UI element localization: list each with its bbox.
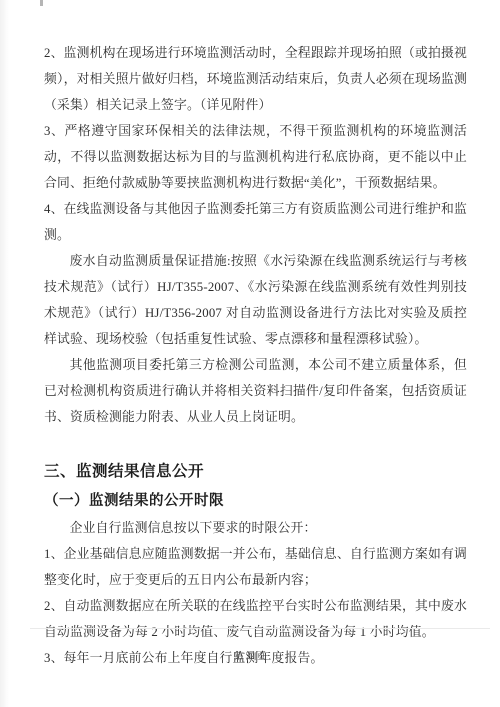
document-body: 2、监测机构在现场进行环境监测活动时，全程跟踪并现场拍照（或拍摄视频），对相关照… (44, 40, 467, 671)
scan-artifact-tick (40, 0, 43, 6)
scan-artifact-line (30, 628, 490, 629)
paragraph-monitoring-photos: 2、监测机构在现场进行环境监测活动时，全程跟踪并现场拍照（或拍摄视频），对相关照… (44, 40, 467, 118)
list-item-auto-monitoring: 2、自动监测数据应在所关联的在线监控平台实时公布监测结果，其中废水自动监测设备为… (44, 593, 467, 645)
page-footer: 第 32 页 (0, 649, 500, 663)
paragraph-disclosure-intro: 企业自行监测信息按以下要求的时限公开： (44, 515, 467, 541)
list-item-basic-info: 1、企业基础信息应随监测数据一并公布，基础信息、自行监测方案如有调整变化时，应于… (44, 541, 467, 593)
subsection-heading: （一）监测结果的公开时限 (44, 487, 467, 515)
document-page: 2、监测机构在现场进行环境监测活动时，全程跟踪并现场拍照（或拍摄视频），对相关照… (0, 0, 500, 707)
page-number: 第 32 页 (234, 651, 266, 661)
paragraph-legal-compliance: 3、严格遵守国家环保相关的法律法规，不得干预监测机构的环境监测活动，不得以监测数… (44, 118, 467, 196)
paragraph-third-party-qualification: 其他监测项目委托第三方检测公司监测，本公司不建立质量体系，但已对检测机构资质进行… (44, 352, 467, 430)
paragraph-online-devices: 4、在线监测设备与其他因子监测委托第三方有资质监测公司进行维护和监测。 (44, 196, 467, 248)
scan-left-edge-shadow (0, 0, 9, 707)
section-heading: 三、监测结果信息公开 (44, 457, 467, 487)
paragraph-wastewater-qa: 废水自动监测质量保证措施:按照《水污染源在线监测系统运行与考核技术规范》（试行）… (44, 248, 467, 352)
